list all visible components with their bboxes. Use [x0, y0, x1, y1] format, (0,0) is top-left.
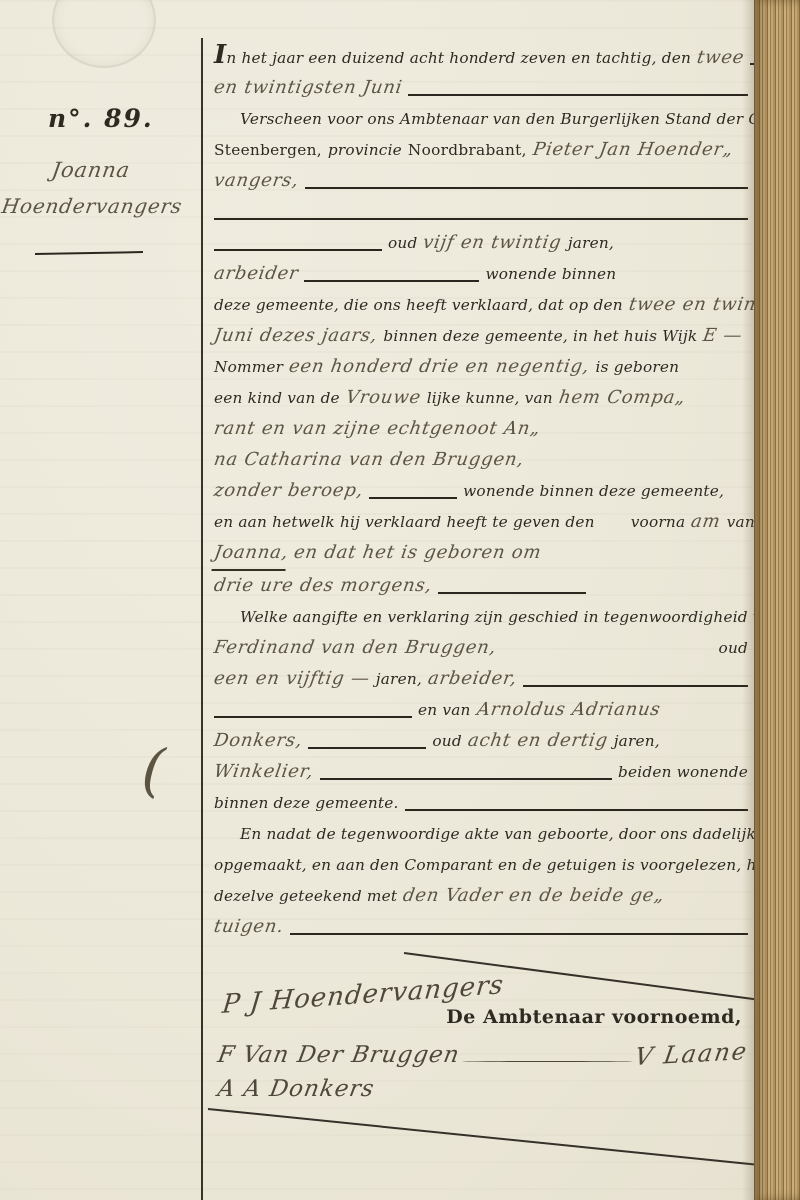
margin-underline [35, 251, 143, 255]
act-line: En nadat de tegenwoordige akte van geboo… [214, 819, 748, 850]
official-title: De Ambtenaar voornoemd, [446, 1006, 742, 1028]
handwritten-text: een en vijftig — [212, 664, 373, 694]
signature-flourish [462, 1061, 633, 1062]
handwritten-text: vangers, [212, 166, 301, 196]
register-page: n°. 89. Joanna Hoendervangers ( In het j… [0, 0, 800, 1200]
handwritten-text: E — [701, 321, 745, 351]
act-body: In het jaar een duizend acht honderd zev… [214, 40, 748, 943]
printed-text: lijke kunne, van [427, 383, 553, 413]
fill-line [305, 187, 748, 189]
printed-text: Verscheen voor ons Ambtenaar van den Bur… [240, 104, 800, 134]
act-line: Donkers,oudacht en dertigjaren, [214, 726, 748, 757]
fill-line [304, 280, 479, 282]
act-line: een en vijftig —jaren,arbeider, [214, 664, 748, 695]
printed-text: binnen deze gemeente, in het huis Wijk [383, 321, 697, 351]
printed-text: dezelve geteekend met [214, 881, 397, 911]
act-line: zonder beroep,wonende binnen deze gemeen… [214, 476, 748, 507]
margin-rule [201, 38, 203, 1200]
fill-line [320, 778, 612, 780]
signature-witness2: A A Donkers [216, 1076, 377, 1102]
printed-text: wonende binnen deze gemeente, [463, 476, 724, 506]
handwritten-text: Vrouwe [343, 383, 423, 413]
act-line: In het jaar een duizend acht honderd zev… [214, 40, 748, 73]
handwritten-text: am [689, 507, 723, 537]
act-line: arbeiderwonende binnen [214, 259, 748, 290]
handwritten-text: zonder beroep, [212, 476, 366, 506]
margin-brace: ( [140, 735, 167, 804]
fill-line [369, 497, 457, 499]
printed-text: oud [388, 228, 417, 258]
printed-text: Noordbrabant, [408, 135, 527, 165]
act-line: een kind van deVrouwelijke kunne, vanhem… [214, 383, 748, 414]
printed-text: oud [432, 726, 461, 756]
fill-line [523, 685, 748, 687]
handwritten-text: acht en dertig [465, 726, 610, 756]
printed-text: jaren, [376, 664, 422, 694]
act-line: rant en van zijne echtgenoot An„ [214, 414, 748, 445]
act-line: Verscheen voor ons Ambtenaar van den Bur… [214, 104, 748, 135]
handwritten-text: vijf en twintig [421, 228, 564, 258]
handwritten-text: Juni dezes jaars, [212, 321, 380, 351]
act-line: Ferdinand van den Bruggen,oud [214, 633, 748, 664]
fill-line [290, 933, 748, 935]
pen-stroke-bottom [208, 1108, 757, 1166]
act-line: en vanArnoldus Adrianus [214, 695, 748, 726]
printed-text: deze gemeente, die ons heeft verklaard, … [214, 290, 623, 320]
handwritten-text: tuigen. [212, 912, 286, 942]
printed-text: is geboren [596, 352, 680, 382]
printed-text: En nadat de tegenwoordige akte van geboo… [240, 819, 800, 849]
printed-text: binnen deze gemeente. [214, 788, 399, 818]
margin-column: n°. 89. Joanna Hoendervangers ( [0, 0, 200, 1200]
act-line: Welke aangifte en verklaring zijn geschi… [214, 602, 748, 633]
act-number: n°. 89. [48, 104, 154, 133]
margin-child-surname: Hoendervangers [0, 194, 184, 218]
act-line [214, 197, 748, 228]
handwritten-text: Arnoldus Adrianus [474, 695, 662, 725]
signature-witness1: F Van Der Bruggen [216, 1042, 462, 1068]
act-line: vangers, [214, 166, 748, 197]
act-line: Nommereen honderd drie en negentig,is ge… [214, 352, 748, 383]
printed-text: voorna [631, 507, 686, 537]
signature-official: V Laane [633, 1037, 751, 1071]
fill-line [214, 218, 748, 220]
fill-line [214, 716, 412, 718]
act-line: binnen deze gemeente. [214, 788, 748, 819]
act-line: Joanna,en dat het is geboren om [214, 538, 748, 571]
handwritten-text: en dat het is geboren om [292, 538, 544, 568]
printed-text: Steenbergen, [214, 135, 322, 165]
handwritten-text: arbeider, [426, 664, 520, 694]
book-fore-edge [754, 0, 800, 1200]
margin-child-firstname: Joanna [50, 158, 132, 182]
handwritten-text: Ferdinand van den Bruggen, [212, 633, 499, 663]
act-line: Winkelier,beiden wonende [214, 757, 748, 788]
printed-text: In het jaar een duizend acht honderd zev… [214, 40, 691, 73]
act-line: en twintigsten Juni [214, 73, 748, 104]
printed-text: provincie [328, 135, 402, 165]
handwritten-text: rant en van zijne echtgenoot An„ [212, 414, 543, 444]
printed-text: beiden wonende [618, 757, 748, 787]
printed-text: jaren, [614, 726, 660, 756]
fill-line [438, 592, 586, 594]
fill-line [214, 249, 382, 251]
fill-line [405, 809, 748, 811]
handwritten-text: na Catharina van den Bruggen, [212, 445, 527, 475]
printed-text: en aan hetwelk hij verklaard heeft te ge… [214, 507, 595, 537]
handwritten-text: een honderd drie en negentig, [287, 352, 592, 382]
handwritten-text: Joanna, [211, 538, 290, 571]
printed-text: en van [418, 695, 471, 725]
printed-text: Nommer [214, 352, 283, 382]
printed-text: een kind van de [214, 383, 340, 413]
act-line: Steenbergen,provincieNoordbrabant,Pieter… [214, 135, 748, 166]
fill-line [408, 94, 748, 96]
act-line: Juni dezes jaars,binnen deze gemeente, i… [214, 321, 748, 352]
act-line: en aan hetwelk hij verklaard heeft te ge… [214, 507, 748, 538]
printed-text: Welke aangifte en verklaring zijn geschi… [240, 602, 781, 632]
handwritten-text: twee [695, 43, 747, 73]
act-line: tuigen. [214, 912, 748, 943]
handwritten-text: den Vader en de beide ge„ [401, 881, 667, 911]
act-line: na Catharina van den Bruggen, [214, 445, 748, 476]
act-line: deze gemeente, die ons heeft verklaard, … [214, 290, 748, 321]
signature-row: F Van Der Bruggen V Laane [218, 1040, 748, 1072]
handwritten-text: Donkers, [212, 726, 305, 756]
handwritten-text: Pieter Jan Hoender„ [530, 135, 735, 165]
act-line: opgemaakt, en aan den Comparant en de ge… [214, 850, 748, 881]
handwritten-text: Winkelier, [212, 757, 316, 787]
printed-text: jaren, [568, 228, 614, 258]
handwritten-text: arbeider [212, 259, 301, 289]
printed-text: opgemaakt, en aan den Comparant en de ge… [214, 850, 800, 880]
handwritten-text: hem Compa„ [556, 383, 687, 413]
handwritten-text: drie ure des morgens, [212, 571, 435, 601]
fill-line [308, 747, 426, 749]
act-line: oudvijf en twintigjaren, [214, 228, 748, 259]
act-line: drie ure des morgens, [214, 571, 748, 602]
handwritten-text: en twintigsten Juni [212, 73, 405, 103]
printed-text: wonende binnen [485, 259, 616, 289]
act-line: dezelve geteekend metden Vader en de bei… [214, 881, 748, 912]
